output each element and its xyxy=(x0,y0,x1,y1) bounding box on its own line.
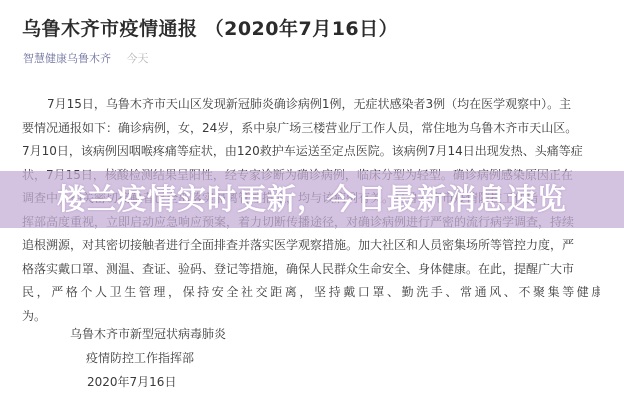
body-line: 追根溯源，对其密切接触者进行全面排查并落实医学观察措施。加大社区和人员密集场所等… xyxy=(22,234,600,258)
signature-block: 乌鲁木齐市新型冠状病毒肺炎 疫情防控工作指挥部 2020年7月16日 xyxy=(70,322,226,394)
body-line: 7月10日，该病例因咽喉疼痛等症状，由120救护车运送至定点医院。该病例7月14… xyxy=(22,140,600,164)
headline-banner-text: 楼兰疫情实时更新，今日最新消息速览 xyxy=(0,171,624,228)
article-meta: 智慧健康乌鲁木齐 今天 xyxy=(23,50,149,66)
signature-org-line1: 乌鲁木齐市新型冠状病毒肺炎 xyxy=(70,322,226,346)
signature-org-line2: 疫情防控工作指挥部 xyxy=(70,346,226,370)
body-line: 民，严格个人卫生管理，保持安全社交距离，坚持戴口罩、勤洗手、常通风、不聚集等健康… xyxy=(22,281,600,305)
body-line: 格落实戴口罩、测温、查证、验码、登记等措施，确保人民群众生命安全、身体健康。在此… xyxy=(22,258,600,282)
body-line: 要情况通报如下：确诊病例，女，24岁，系中泉广场三楼营业厅工作人员，常住地为乌鲁… xyxy=(22,117,600,141)
body-line: 7月15日，乌鲁木齐市天山区发现新冠肺炎确诊病例1例，无症状感染者3例（均在医学… xyxy=(22,93,600,117)
author-name[interactable]: 智慧健康乌鲁木齐 xyxy=(23,52,111,65)
publish-time: 今天 xyxy=(127,52,149,65)
signature-date: 2020年7月16日 xyxy=(70,370,226,394)
article-title: 乌鲁木齐市疫情通报 （2020年7月16日） xyxy=(22,14,398,41)
